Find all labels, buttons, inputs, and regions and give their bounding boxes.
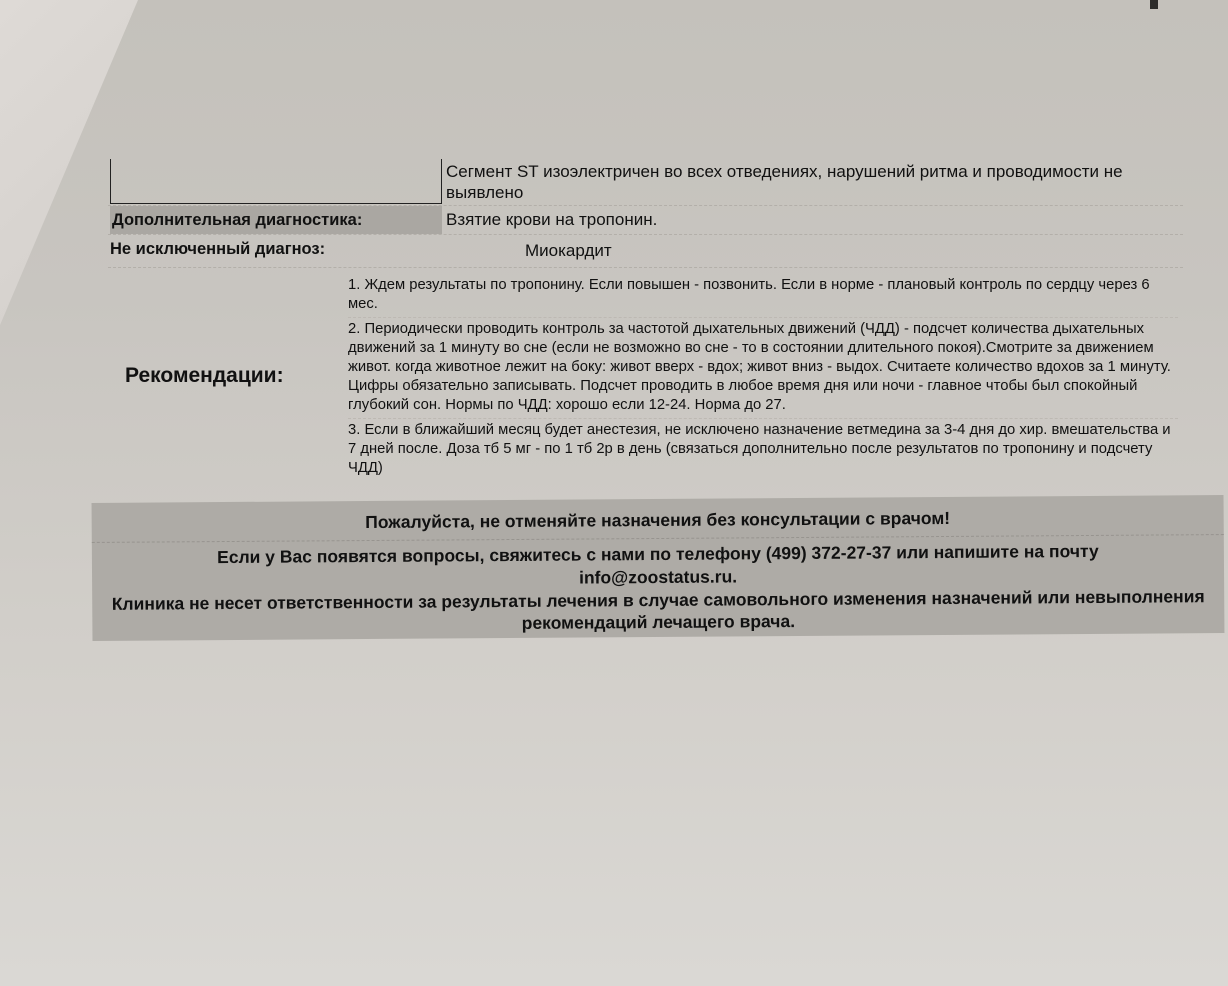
- photographed-page: Сегмент ST изоэлектричен во всех отведен…: [0, 0, 1228, 986]
- notice-box: Пожалуйста, не отменяйте назначения без …: [92, 495, 1225, 641]
- recommendations-label: Рекомендации:: [125, 364, 284, 388]
- not-excluded-diagnosis-value: Миокардит: [525, 241, 612, 261]
- ecg-conclusion: Сегмент ST изоэлектричен во всех отведен…: [446, 161, 1166, 203]
- recommendations-list: 1. Ждем результаты по тропонину. Если по…: [348, 274, 1178, 481]
- recommendation-item: 2. Периодически проводить контроль за ча…: [348, 318, 1178, 419]
- notice-contact: Если у Вас появятся вопросы, свяжитесь с…: [92, 535, 1224, 593]
- additional-diagnostics-value: Взятие крови на тропонин.: [446, 210, 657, 230]
- not-excluded-diagnosis-label: Не исключенный диагноз:: [110, 240, 325, 259]
- binder-mark: [1150, 0, 1158, 9]
- additional-diagnostics-row: Дополнительная диагностика: Взятие крови…: [108, 206, 1183, 235]
- ecg-row: Сегмент ST изоэлектричен во всех отведен…: [108, 145, 1183, 206]
- ecg-image-frame: [110, 159, 442, 204]
- recommendations-row: Рекомендации: 1. Ждем результаты по троп…: [108, 268, 1183, 498]
- not-excluded-diagnosis-row: Не исключенный диагноз: Миокардит: [108, 235, 1183, 268]
- recommendation-item: 3. Если в ближайший месяц будет анестези…: [348, 419, 1178, 481]
- additional-diagnostics-label: Дополнительная диагностика:: [110, 206, 442, 234]
- document-body: Сегмент ST изоэлектричен во всех отведен…: [108, 145, 1183, 498]
- recommendation-item: 1. Ждем результаты по тропонину. Если по…: [348, 274, 1178, 318]
- notice-disclaimer: Клиника не несет ответственности за резу…: [92, 585, 1224, 637]
- contact-mid: или напишите на почту: [896, 541, 1099, 562]
- contact-phone: (499) 372-27-37: [766, 542, 892, 563]
- contact-email: info@zoostatus.ru.: [579, 566, 737, 587]
- contact-prefix: Если у Вас появятся вопросы, свяжитесь с…: [217, 543, 761, 567]
